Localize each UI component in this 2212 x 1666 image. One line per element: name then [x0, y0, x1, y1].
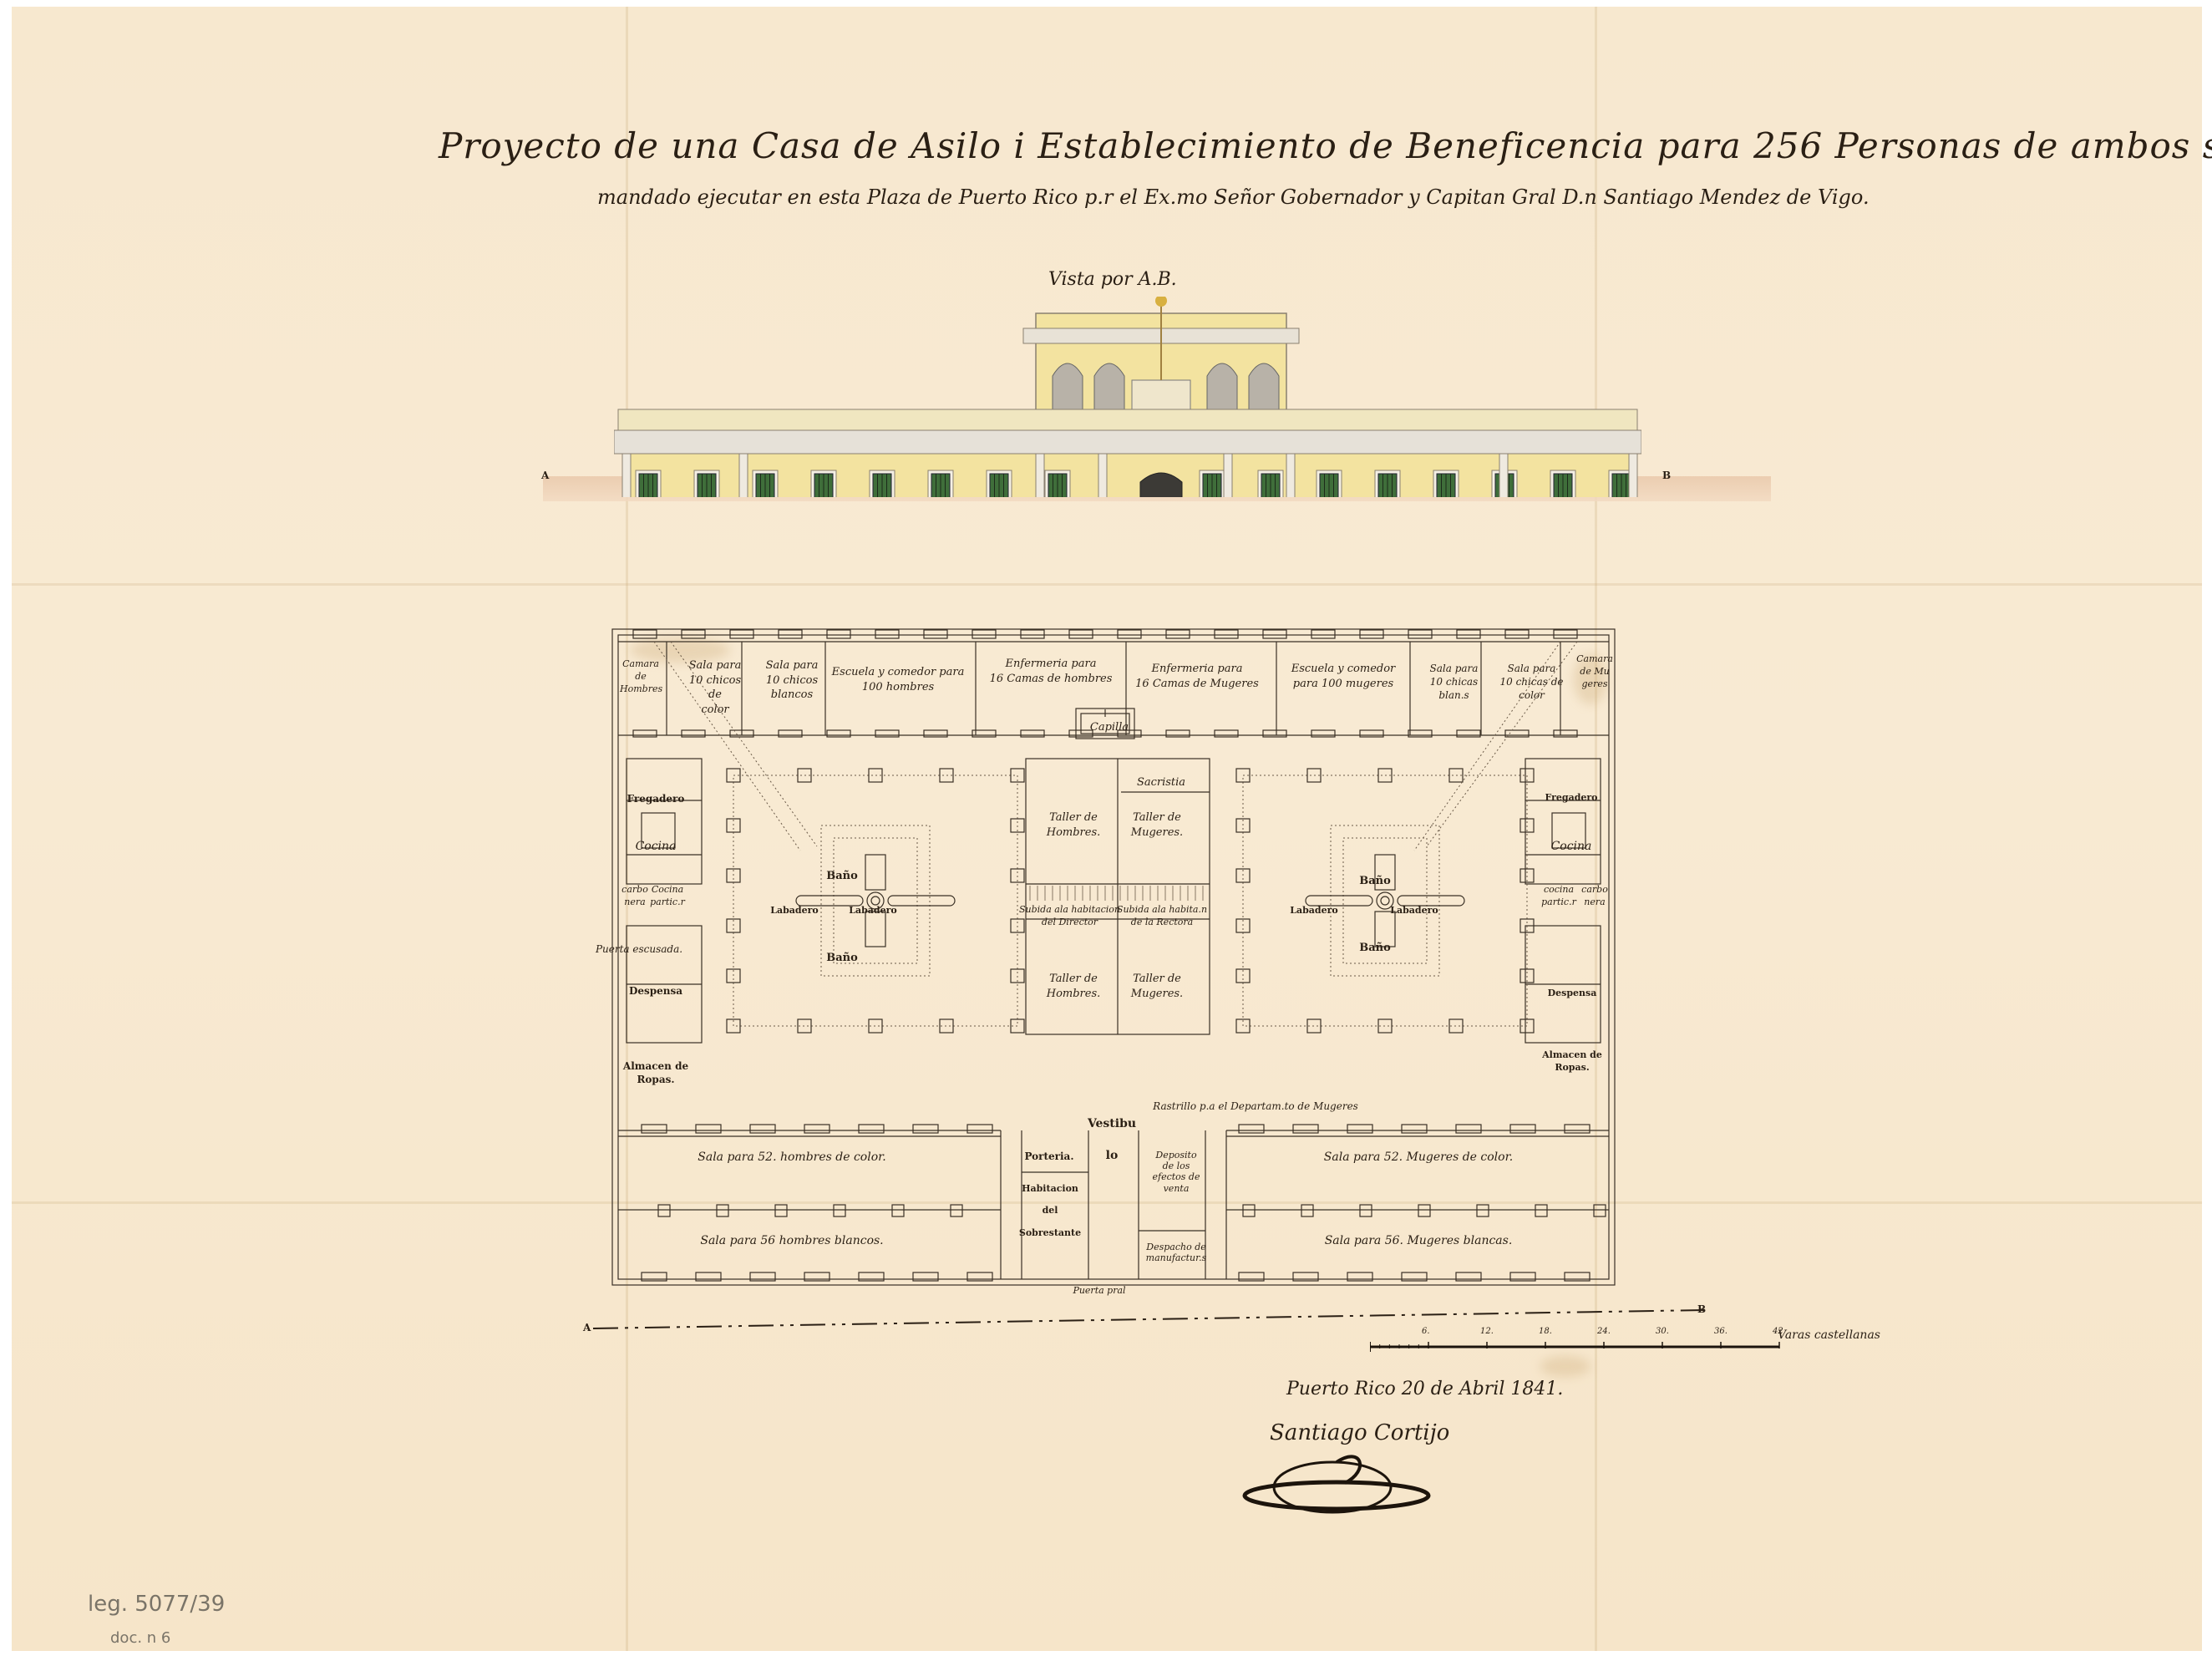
- plan-marker-b: B: [1697, 1303, 1706, 1315]
- scale-graphic: [1370, 1337, 1788, 1354]
- room-label: Taller de Mugeres.: [1119, 972, 1195, 1001]
- room-label: Almacen de Ropas.: [1537, 1049, 1607, 1074]
- room-label: Sala para 56 hombres blancos.: [658, 1233, 926, 1249]
- room-label: Enfermeria para 16 Camas de hombres: [984, 657, 1118, 686]
- room-label: Vestibu lo: [1083, 1116, 1141, 1164]
- document-title: Proyecto de una Casa de Asilo i Establec…: [439, 125, 2212, 166]
- document-subtitle: mandado ejecutar en esta Plaza de Puerto…: [597, 185, 1870, 209]
- chapel-label: Capilla: [1076, 720, 1143, 735]
- room-label: Deposito de los efectos de venta: [1146, 1150, 1206, 1194]
- room-label: Taller de Mugeres.: [1119, 810, 1195, 840]
- room-label: Subida ala habitacion del Director: [1017, 904, 1122, 929]
- floor-plan: Camara de Hombres Sala para 10 chicos de…: [608, 625, 1621, 1298]
- scale-tick-label: 6.: [1422, 1327, 1430, 1336]
- fold-line: [12, 583, 2202, 586]
- scale-tick-label: 30.: [1656, 1327, 1669, 1336]
- room-label: cocina partic.r: [1537, 884, 1580, 909]
- room-label: Labadero: [1285, 905, 1343, 917]
- room-label: Camara de Hombres: [620, 658, 662, 696]
- room-label: Despacho de manufactur.s: [1143, 1242, 1210, 1263]
- room-label: Puerta escusada.: [593, 942, 685, 956]
- room-label: Subida ala habita.n de la Rectora: [1116, 904, 1208, 929]
- room-label: Porteria.: [1019, 1150, 1079, 1163]
- room-label: Sala para 52. hombres de color.: [658, 1150, 926, 1166]
- scale-unit: Varas castellanas: [1778, 1328, 1880, 1342]
- room-label: Sala para 10 chicos blancos: [758, 658, 825, 703]
- room-label: Puerta pral: [1066, 1285, 1133, 1298]
- scale-tick-label: 18.: [1539, 1327, 1552, 1336]
- room-label: Despensa: [623, 984, 688, 998]
- room-label: Sacristia: [1119, 775, 1203, 790]
- room-label: Taller de Hombres.: [1036, 972, 1111, 1001]
- room-label: Labadero: [765, 905, 824, 917]
- room-label: Escuela y comedor para 100 mugeres: [1276, 662, 1410, 691]
- room-label: Despensa: [1539, 988, 1606, 1000]
- room-label: Escuela y comedor para 100 hombres: [827, 665, 969, 694]
- room-label: carbo nera: [620, 884, 650, 909]
- room-label: Enfermeria para 16 Camas de Mugeres: [1134, 662, 1260, 691]
- facade-elevation: [614, 297, 1641, 497]
- room-label: Baño: [817, 869, 867, 884]
- room-label: Sala para 56. Mugeres blancas.: [1285, 1233, 1552, 1249]
- room-label: Labadero: [844, 905, 902, 917]
- marker-a: A: [541, 470, 549, 481]
- room-label: Cocina partic.r: [647, 884, 688, 909]
- date-line: Puerto Rico 20 de Abril 1841.: [1286, 1379, 1563, 1399]
- room-label: Rastrillo p.a el Departam.to de Mugeres: [1143, 1100, 1368, 1113]
- room-label: Fregadero: [627, 792, 685, 805]
- room-label: Baño: [817, 951, 867, 966]
- marker-b: B: [1662, 470, 1671, 481]
- room-label: carbo nera: [1580, 884, 1609, 909]
- archive-doc-number: doc. n 6: [110, 1629, 170, 1647]
- scale-tick-label: 12.: [1480, 1327, 1494, 1336]
- signature-flourish: [1236, 1437, 1437, 1529]
- scale-tick-label: 24.: [1597, 1327, 1611, 1336]
- elevation-caption: Vista por A.B.: [1048, 269, 1177, 290]
- room-label: Almacen de Ropas.: [621, 1059, 690, 1086]
- room-label: Cocina: [1542, 839, 1601, 855]
- room-label: Sala para 52. Mugeres de color.: [1285, 1150, 1552, 1166]
- room-label: Baño: [1350, 941, 1400, 956]
- room-label: Habitacion del Sobrestante: [1012, 1183, 1088, 1238]
- scale-tick-label: 36.: [1714, 1327, 1727, 1336]
- plan-marker-a: A: [583, 1322, 591, 1333]
- archive-reference: leg. 5077/39: [88, 1592, 225, 1617]
- room-label: Cocina: [627, 839, 685, 855]
- room-label: Camara de Mu geres: [1575, 653, 1614, 691]
- scale-bar: 6.12.18.24.30.36.42: [1370, 1337, 1788, 1354]
- room-label: Sala para 10 chicos de color: [682, 658, 748, 717]
- water-stain: [1540, 1356, 1591, 1377]
- facade-drawing: [614, 297, 1641, 497]
- room-label: Taller de Hombres.: [1036, 810, 1111, 840]
- section-line-ab: [576, 1303, 1729, 1337]
- room-label: Labadero: [1385, 905, 1443, 917]
- room-label: Baño: [1350, 874, 1400, 889]
- room-label: Fregadero: [1542, 792, 1601, 805]
- room-label: Sala para 10 chicas de color: [1492, 662, 1571, 703]
- room-label: Sala para 10 chicas blan.s: [1418, 662, 1489, 703]
